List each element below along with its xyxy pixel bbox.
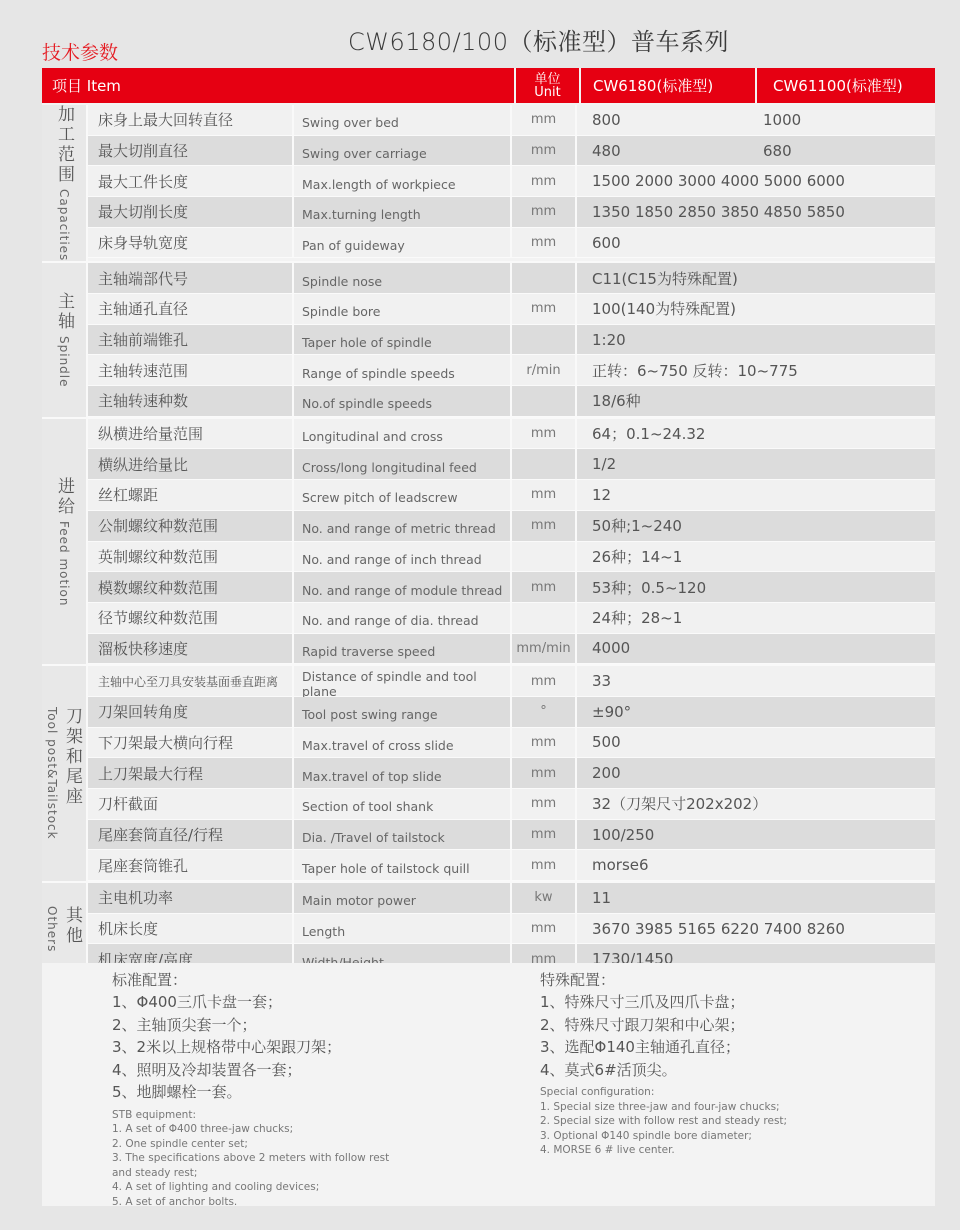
header-model-cw6180: CW6180(标准型) bbox=[581, 68, 757, 103]
param-unit: mm bbox=[512, 511, 577, 541]
param-value-cw61100: 680 bbox=[753, 136, 935, 166]
table-row: 模数螺纹种数范围No. and range of module threadmm… bbox=[88, 572, 935, 603]
param-value: 3670 3985 5165 6220 7400 8260 bbox=[577, 914, 935, 944]
standard-config-en-item: 4. A set of lighting and cooling devices… bbox=[112, 1180, 492, 1195]
param-value: 200 bbox=[577, 758, 935, 788]
spec-sheet: 项目 Item 单位 Unit CW6180(标准型) CW61100(标准型)… bbox=[42, 68, 935, 1206]
category-cn: 主轴 bbox=[53, 292, 75, 332]
table-row: 最大切削长度Max.turning lengthmm1350 1850 2850… bbox=[88, 197, 935, 228]
param-name-cn: 纵横进给量范围 bbox=[88, 419, 294, 449]
table-row: 主轴前端锥孔Taper hole of spindle1:20 bbox=[88, 325, 935, 356]
standard-config: 标准配置： 1、Φ400三爪卡盘一套；2、主轴顶尖套一个；3、2米以上规格带中心… bbox=[112, 969, 492, 1209]
category-label: 进给Feed motion bbox=[42, 419, 88, 665]
param-value: 32（刀架尺寸202x202） bbox=[577, 789, 935, 819]
param-value: 12 bbox=[577, 480, 935, 510]
standard-config-en-title: STB equipment: bbox=[112, 1108, 492, 1123]
special-config-title: 特殊配置： bbox=[540, 969, 900, 991]
param-name-cn: 最大工件长度 bbox=[88, 166, 294, 196]
param-name-en: No. and range of metric thread bbox=[294, 511, 512, 541]
param-name-cn: 刀架回转角度 bbox=[88, 697, 294, 727]
special-config-item: 1、特殊尺寸三爪及四爪卡盘； bbox=[540, 991, 900, 1014]
param-unit: mm bbox=[512, 197, 577, 227]
param-value: 100(140为特殊配置) bbox=[577, 294, 935, 324]
param-unit: mm/min bbox=[512, 634, 577, 664]
special-config: 特殊配置： 1、特殊尺寸三爪及四爪卡盘；2、特殊尺寸跟刀架和中心架；3、选配Φ1… bbox=[540, 969, 900, 1158]
param-name-cn: 主轴通孔直径 bbox=[88, 294, 294, 324]
table-row: 刀杆截面Section of tool shankmm32（刀架尺寸202x20… bbox=[88, 789, 935, 820]
table-row: 上刀架最大行程Max.travel of top slidemm200 bbox=[88, 758, 935, 789]
category-en: Tool post&Tailstock bbox=[45, 707, 59, 840]
special-config-en-title: Special configuration: bbox=[540, 1085, 900, 1100]
param-unit: mm bbox=[512, 480, 577, 510]
param-unit: mm bbox=[512, 228, 577, 258]
configuration-notes: 标准配置： 1、Φ400三爪卡盘一套；2、主轴顶尖套一个；3、2米以上规格带中心… bbox=[42, 963, 935, 1206]
param-unit bbox=[512, 603, 577, 633]
table-row: 机床长度Lengthmm3670 3985 5165 6220 7400 826… bbox=[88, 914, 935, 945]
param-value: 11 bbox=[577, 883, 935, 913]
table-row: 下刀架最大横向行程Max.travel of cross slidemm500 bbox=[88, 728, 935, 759]
standard-config-item: 3、2米以上规格带中心架跟刀架； bbox=[112, 1036, 492, 1059]
param-value-cw6180: 480 bbox=[577, 136, 753, 166]
header-unit-cn: 单位 bbox=[534, 73, 560, 86]
table-row: 公制螺纹种数范围No. and range of metric threadmm… bbox=[88, 511, 935, 542]
spec-group: 主轴Spindle主轴端部代号Spindle noseC11(C15为特殊配置)… bbox=[42, 263, 935, 418]
param-unit: mm bbox=[512, 666, 577, 696]
param-name-en: Tool post swing range bbox=[294, 697, 512, 727]
standard-config-en-item: 3. The specifications above 2 meters wit… bbox=[112, 1151, 492, 1166]
param-unit bbox=[512, 542, 577, 572]
param-value: 正转：6~750 反转：10~775 bbox=[577, 355, 935, 385]
standard-config-item: 5、地脚螺栓一套。 bbox=[112, 1081, 492, 1104]
table-row: 最大切削直径Swing over carriagemm480680 bbox=[88, 136, 935, 167]
param-unit: mm bbox=[512, 166, 577, 196]
table-row: 床身导轨宽度Pan of guidewaymm600 bbox=[88, 228, 935, 259]
category-cn: 刀架和尾座 bbox=[61, 707, 83, 807]
param-name-cn: 英制螺纹种数范围 bbox=[88, 542, 294, 572]
spec-group: 加工范围Capacities床身上最大回转直径Swing over bedmm8… bbox=[42, 105, 935, 263]
param-name-cn: 径节螺纹种数范围 bbox=[88, 603, 294, 633]
category-en: Feed motion bbox=[57, 521, 71, 606]
standard-config-item: 1、Φ400三爪卡盘一套； bbox=[112, 991, 492, 1014]
table-row: 溜板快移速度Rapid traverse speedmm/min4000 bbox=[88, 634, 935, 665]
param-name-en: Length bbox=[294, 914, 512, 944]
table-row: 主轴通孔直径Spindle boremm100(140为特殊配置) bbox=[88, 294, 935, 325]
param-name-cn: 主轴前端锥孔 bbox=[88, 325, 294, 355]
table-row: 纵横进给量范围Longitudinal and crossmm64；0.1~24… bbox=[88, 419, 935, 450]
param-unit bbox=[512, 325, 577, 355]
table-row: 尾座套筒锥孔Taper hole of tailstock quillmmmor… bbox=[88, 850, 935, 881]
param-unit: ° bbox=[512, 697, 577, 727]
param-value-cw61100: 1000 bbox=[753, 105, 935, 135]
param-name-cn: 机床长度 bbox=[88, 914, 294, 944]
page-title: CW6180/100（标准型）普车系列 bbox=[348, 22, 729, 57]
param-name-en: Longitudinal and cross bbox=[294, 419, 512, 449]
category-cn: 进给 bbox=[53, 477, 75, 517]
param-value: 64；0.1~24.32 bbox=[577, 419, 935, 449]
param-value: 24种；28~1 bbox=[577, 603, 935, 633]
param-value: 100/250 bbox=[577, 820, 935, 850]
special-config-item: 2、特殊尺寸跟刀架和中心架； bbox=[540, 1014, 900, 1037]
param-value: 53种；0.5~120 bbox=[577, 572, 935, 602]
special-config-item: 3、选配Φ140主轴通孔直径； bbox=[540, 1036, 900, 1059]
param-unit: mm bbox=[512, 294, 577, 324]
param-name-en: No. and range of module thread bbox=[294, 572, 512, 602]
param-unit: mm bbox=[512, 850, 577, 880]
param-unit: mm bbox=[512, 820, 577, 850]
param-unit: mm bbox=[512, 572, 577, 602]
param-name-cn: 最大切削长度 bbox=[88, 197, 294, 227]
category-cn: 其他 bbox=[61, 906, 83, 946]
param-name-en: Main motor power bbox=[294, 883, 512, 913]
param-name-en: Taper hole of tailstock quill bbox=[294, 850, 512, 880]
param-name-en: Distance of spindle and tool plane bbox=[294, 666, 512, 696]
category-text: 刀架和尾座Tool post&Tailstock bbox=[45, 707, 83, 840]
standard-config-item: 2、主轴顶尖套一个； bbox=[112, 1014, 492, 1037]
param-name-cn: 主轴端部代号 bbox=[88, 263, 294, 293]
param-name-cn: 尾座套筒锥孔 bbox=[88, 850, 294, 880]
param-name-cn: 床身上最大回转直径 bbox=[88, 105, 294, 135]
standard-config-en-item: and steady rest; bbox=[112, 1166, 492, 1181]
table-header: 项目 Item 单位 Unit CW6180(标准型) CW61100(标准型) bbox=[42, 68, 935, 103]
param-name-en: Section of tool shank bbox=[294, 789, 512, 819]
param-name-cn: 横纵进给量比 bbox=[88, 449, 294, 479]
param-unit bbox=[512, 449, 577, 479]
param-value: 33 bbox=[577, 666, 935, 696]
header-unit-en: Unit bbox=[534, 86, 560, 99]
category-cn: 加工范围 bbox=[53, 105, 75, 185]
param-value: 500 bbox=[577, 728, 935, 758]
header-unit: 单位 Unit bbox=[516, 68, 581, 103]
param-name-cn: 下刀架最大横向行程 bbox=[88, 728, 294, 758]
param-value: 50种;1~240 bbox=[577, 511, 935, 541]
param-unit: mm bbox=[512, 136, 577, 166]
section-label: 技术参数 bbox=[42, 38, 118, 65]
param-name-cn: 最大切削直径 bbox=[88, 136, 294, 166]
category-label: 加工范围Capacities bbox=[42, 105, 88, 261]
param-name-cn: 刀杆截面 bbox=[88, 789, 294, 819]
param-name-en: Rapid traverse speed bbox=[294, 634, 512, 664]
param-name-cn: 床身导轨宽度 bbox=[88, 228, 294, 258]
spec-groups: 加工范围Capacities床身上最大回转直径Swing over bedmm8… bbox=[42, 105, 935, 977]
category-en: Spindle bbox=[57, 336, 71, 388]
special-config-en-item: 2. Special size with follow rest and ste… bbox=[540, 1114, 900, 1129]
param-name-cn: 公制螺纹种数范围 bbox=[88, 511, 294, 541]
param-name-cn: 主电机功率 bbox=[88, 883, 294, 913]
param-value: 4000 bbox=[577, 634, 935, 664]
table-row: 主轴中心至刀具安装基面垂直距离Distance of spindle and t… bbox=[88, 666, 935, 697]
param-name-en: Max.travel of top slide bbox=[294, 758, 512, 788]
category-label: 主轴Spindle bbox=[42, 263, 88, 416]
special-config-en-item: 3. Optional Φ140 spindle bore diameter; bbox=[540, 1129, 900, 1144]
category-text: 主轴Spindle bbox=[53, 292, 75, 388]
param-name-cn: 主轴中心至刀具安装基面垂直距离 bbox=[88, 666, 294, 696]
param-value: 1/2 bbox=[577, 449, 935, 479]
param-value: 1350 1850 2850 3850 4850 5850 bbox=[577, 197, 935, 227]
category-en: Others bbox=[45, 906, 59, 952]
param-value: 1:20 bbox=[577, 325, 935, 355]
param-value: ±90° bbox=[577, 697, 935, 727]
param-unit: mm bbox=[512, 105, 577, 135]
table-row: 最大工件长度Max.length of workpiecemm1500 2000… bbox=[88, 166, 935, 197]
param-name-en: No. and range of dia. thread bbox=[294, 603, 512, 633]
param-unit: mm bbox=[512, 728, 577, 758]
special-config-item: 4、莫式6#活顶尖。 bbox=[540, 1059, 900, 1082]
param-unit: r/min bbox=[512, 355, 577, 385]
param-name-en: Swing over carriage bbox=[294, 136, 512, 166]
param-name-en: Screw pitch of leadscrew bbox=[294, 480, 512, 510]
table-row: 主电机功率Main motor powerkw11 bbox=[88, 883, 935, 914]
category-label: 刀架和尾座Tool post&Tailstock bbox=[42, 666, 88, 881]
table-row: 主轴端部代号Spindle noseC11(C15为特殊配置) bbox=[88, 263, 935, 294]
table-row: 横纵进给量比Cross/long longitudinal feed1/2 bbox=[88, 449, 935, 480]
special-config-en-item: 4. MORSE 6 # live center. bbox=[540, 1143, 900, 1158]
standard-config-en-item: 2. One spindle center set; bbox=[112, 1137, 492, 1152]
param-name-cn: 溜板快移速度 bbox=[88, 634, 294, 664]
param-unit: mm bbox=[512, 758, 577, 788]
table-row: 径节螺纹种数范围No. and range of dia. thread24种；… bbox=[88, 603, 935, 634]
param-name-cn: 主轴转速范围 bbox=[88, 355, 294, 385]
table-row: 床身上最大回转直径Swing over bedmm8001000 bbox=[88, 105, 935, 136]
table-row: 刀架回转角度Tool post swing range°±90° bbox=[88, 697, 935, 728]
category-en: Capacities bbox=[57, 189, 71, 261]
standard-config-item: 4、照明及冷却装置各一套； bbox=[112, 1059, 492, 1082]
param-name-en: Spindle bore bbox=[294, 294, 512, 324]
param-unit bbox=[512, 263, 577, 293]
param-name-en: Pan of guideway bbox=[294, 228, 512, 258]
category-text: 加工范围Capacities bbox=[53, 105, 75, 261]
param-name-en: Spindle nose bbox=[294, 263, 512, 293]
param-unit bbox=[512, 386, 577, 416]
param-name-en: Max.travel of cross slide bbox=[294, 728, 512, 758]
param-value: 26种；14~1 bbox=[577, 542, 935, 572]
header-model-cw61100: CW61100(标准型) bbox=[757, 68, 935, 103]
param-name-en: No. and range of inch thread bbox=[294, 542, 512, 572]
param-name-cn: 丝杠螺距 bbox=[88, 480, 294, 510]
param-unit: mm bbox=[512, 914, 577, 944]
param-value-cw6180: 800 bbox=[577, 105, 753, 135]
standard-config-en-item: 1. A set of Φ400 three-jaw chucks; bbox=[112, 1122, 492, 1137]
param-value: 1500 2000 3000 4000 5000 6000 bbox=[577, 166, 935, 196]
param-unit: mm bbox=[512, 789, 577, 819]
special-config-en-item: 1. Special size three-jaw and four-jaw c… bbox=[540, 1100, 900, 1115]
param-name-cn: 主轴转速种数 bbox=[88, 386, 294, 416]
table-row: 主轴转速种数No.of spindle speeds18/6种 bbox=[88, 386, 935, 417]
param-unit: kw bbox=[512, 883, 577, 913]
table-row: 尾座套筒直径/行程Dia. /Travel of tailstockmm100/… bbox=[88, 820, 935, 851]
param-name-en: Taper hole of spindle bbox=[294, 325, 512, 355]
category-text: 其他Others bbox=[45, 906, 83, 952]
param-name-en: No.of spindle speeds bbox=[294, 386, 512, 416]
param-unit: mm bbox=[512, 419, 577, 449]
param-name-en: Swing over bed bbox=[294, 105, 512, 135]
param-value: morse6 bbox=[577, 850, 935, 880]
spec-group: 刀架和尾座Tool post&Tailstock主轴中心至刀具安装基面垂直距离D… bbox=[42, 666, 935, 883]
param-name-en: Cross/long longitudinal feed bbox=[294, 449, 512, 479]
table-row: 丝杠螺距Screw pitch of leadscrewmm12 bbox=[88, 480, 935, 511]
standard-config-en-item: 5. A set of anchor bolts. bbox=[112, 1195, 492, 1210]
category-label: 其他Others bbox=[42, 883, 88, 975]
param-value: 600 bbox=[577, 228, 935, 258]
standard-config-title: 标准配置： bbox=[112, 969, 492, 991]
param-name-cn: 模数螺纹种数范围 bbox=[88, 572, 294, 602]
param-name-cn: 上刀架最大行程 bbox=[88, 758, 294, 788]
param-name-en: Dia. /Travel of tailstock bbox=[294, 820, 512, 850]
param-value: C11(C15为特殊配置) bbox=[577, 263, 935, 293]
table-row: 主轴转速范围Range of spindle speedsr/min正转：6~7… bbox=[88, 355, 935, 386]
param-name-en: Range of spindle speeds bbox=[294, 355, 512, 385]
param-name-en: Max.turning length bbox=[294, 197, 512, 227]
table-row: 英制螺纹种数范围No. and range of inch thread26种；… bbox=[88, 542, 935, 573]
category-text: 进给Feed motion bbox=[53, 477, 75, 606]
spec-group: 进给Feed motion纵横进给量范围Longitudinal and cro… bbox=[42, 419, 935, 667]
param-name-en: Max.length of workpiece bbox=[294, 166, 512, 196]
param-name-cn: 尾座套筒直径/行程 bbox=[88, 820, 294, 850]
header-item: 项目 Item bbox=[42, 68, 516, 103]
param-value: 18/6种 bbox=[577, 386, 935, 416]
